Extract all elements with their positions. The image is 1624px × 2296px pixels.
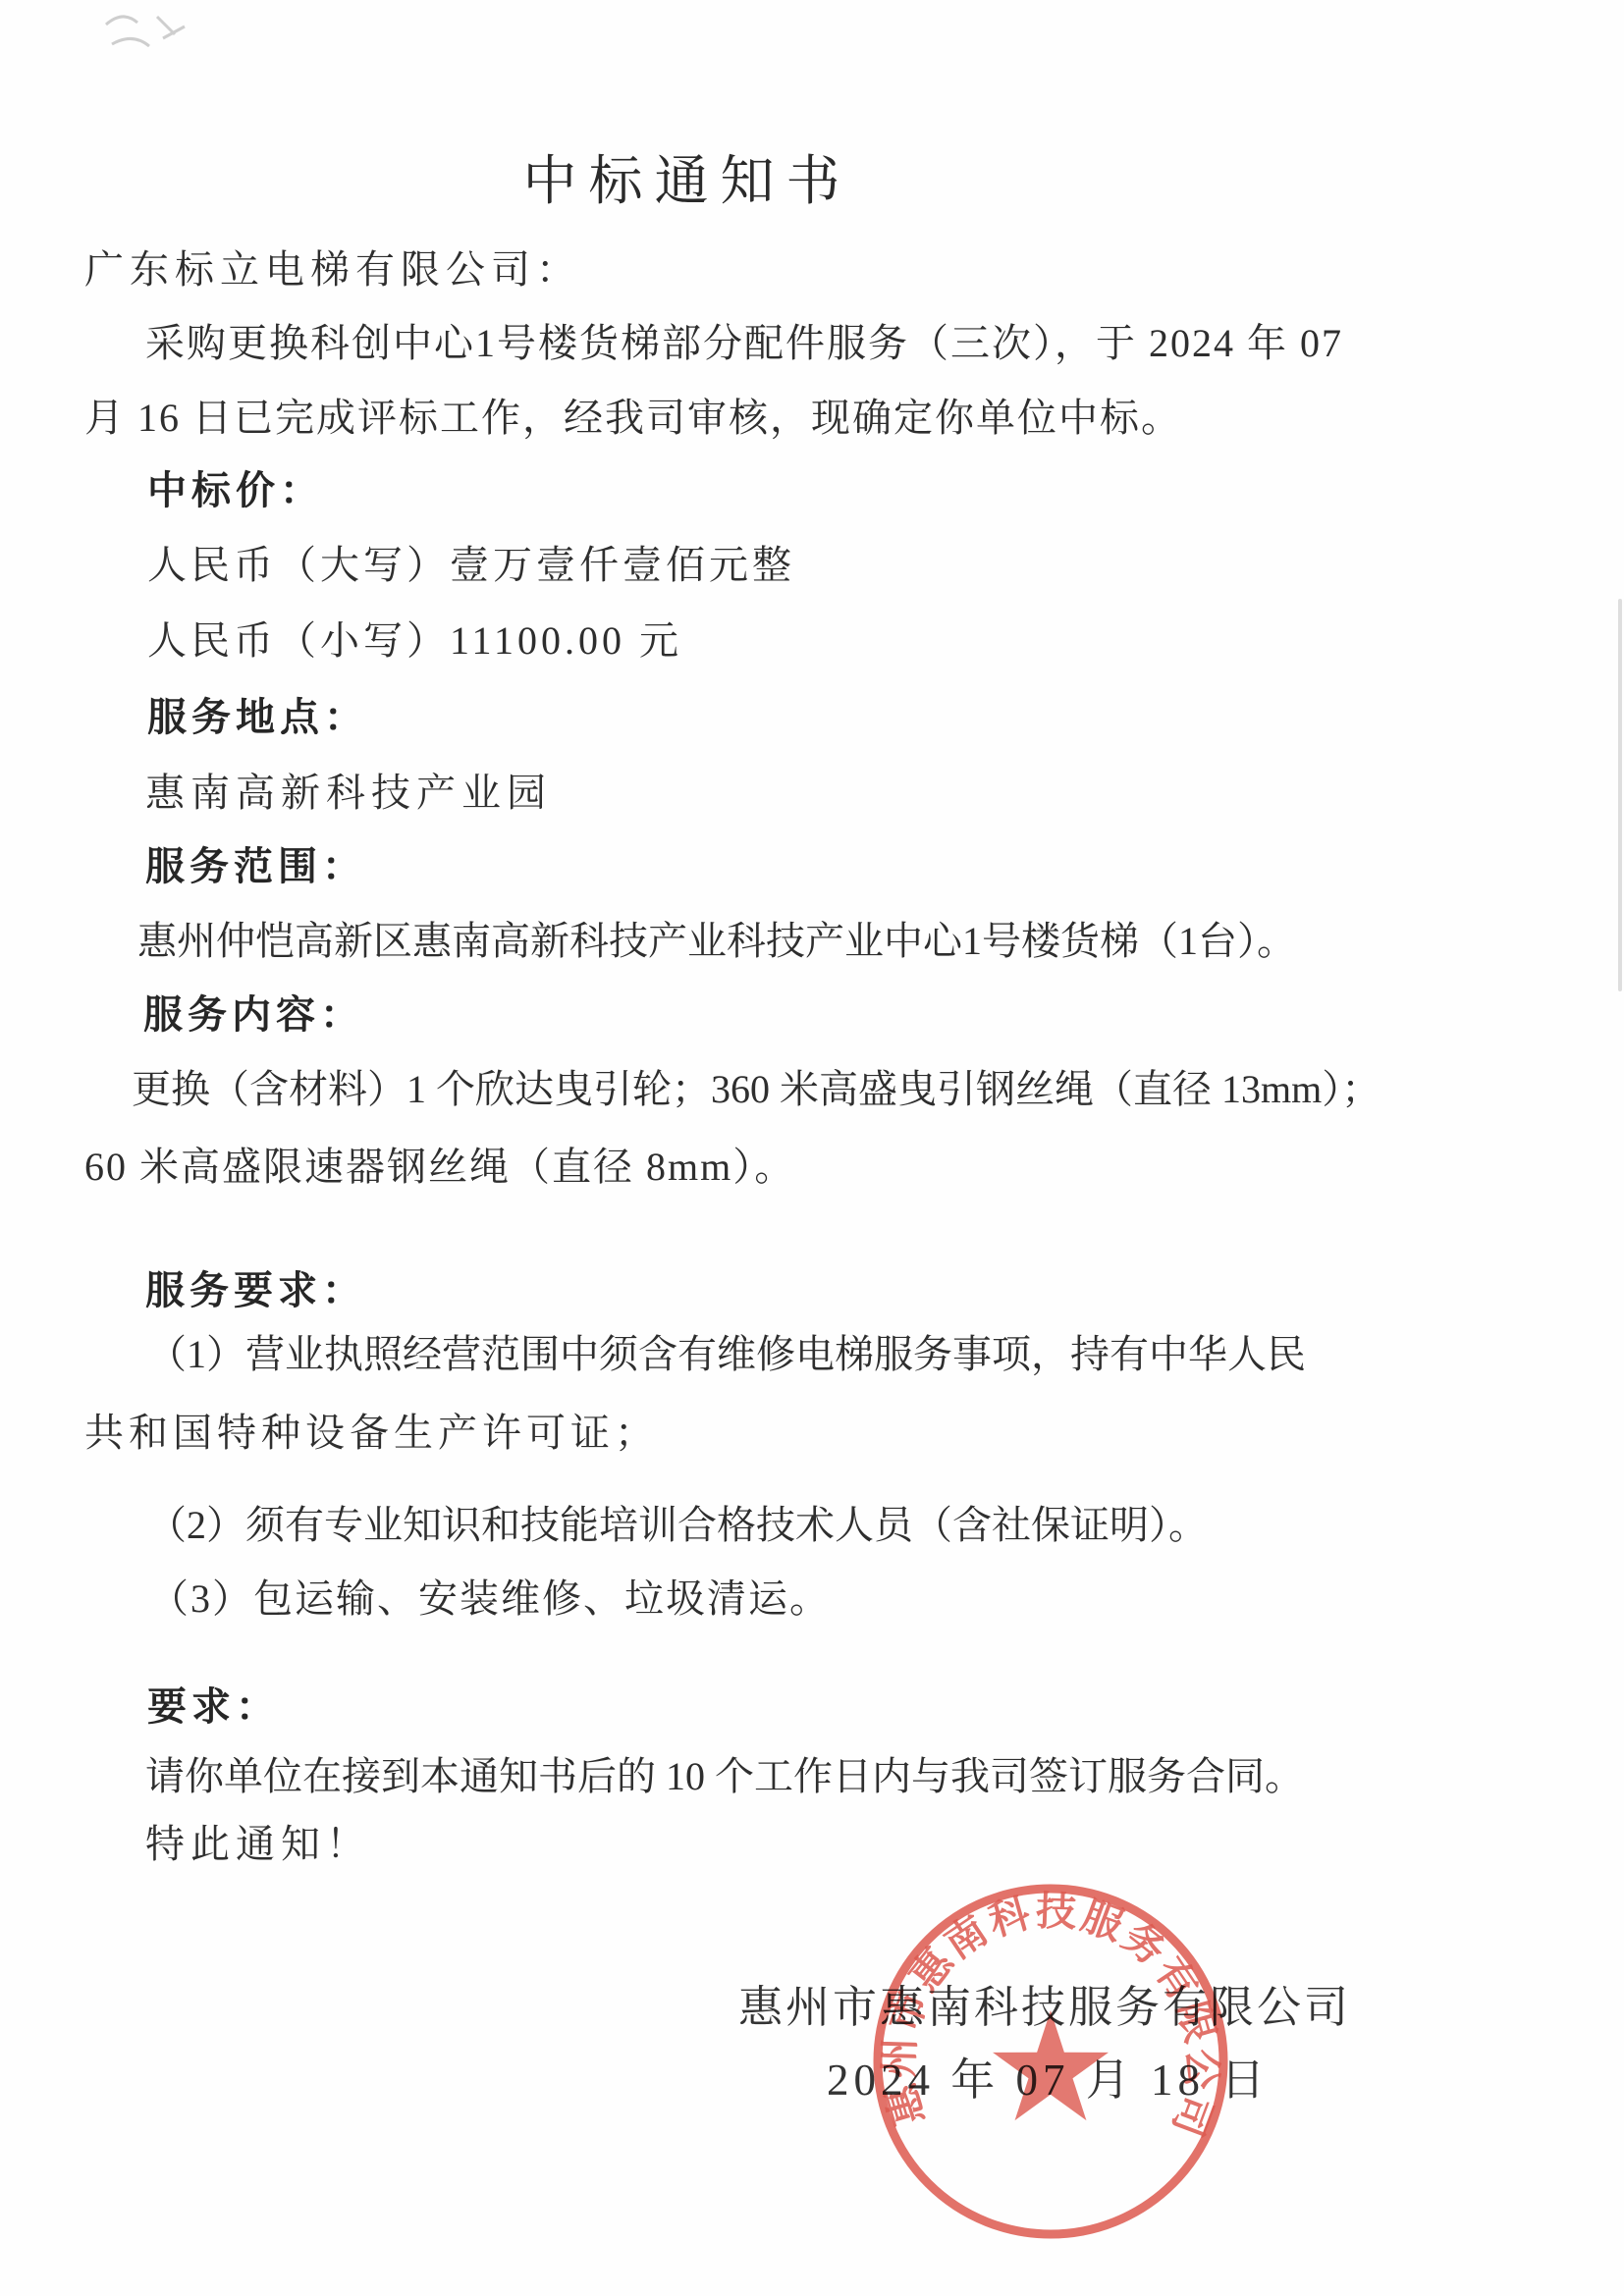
- recipient-line: 广东标立电梯有限公司：: [84, 239, 581, 294]
- service-content-label: 服务内容：: [143, 984, 364, 1040]
- final-requirement-label: 要求：: [147, 1676, 280, 1732]
- requirement-1-line-2: 共和国特种设备生产许可证；: [84, 1402, 659, 1458]
- closing-line: 特此通知！: [145, 1813, 371, 1869]
- award-price-label: 中标价：: [147, 459, 324, 515]
- amount-in-words: 人民币（大写）壹万壹仟壹佰元整: [147, 534, 795, 590]
- doc-title: 中标通知书: [0, 137, 1375, 215]
- scan-artifact: [1618, 599, 1622, 991]
- requirement-1-line-1: （1）营业执照经营范围中须含有维修电梯服务事项，持有中华人民: [147, 1323, 1306, 1379]
- amount-in-figures: 人民币（小写）11100.00 元: [147, 610, 682, 666]
- service-scope-value: 惠州仲恺高新区惠南高新科技产业科技产业中心1号楼货梯（1台）。: [137, 910, 1296, 966]
- service-location-label: 服务地点：: [147, 686, 368, 742]
- service-location-value: 惠南高新科技产业园: [145, 762, 552, 818]
- service-scope-label: 服务范围：: [145, 835, 366, 891]
- document-page: 中标通知书 广东标立电梯有限公司： 采购更换科创中心1号楼货梯部分配件服务（三次…: [0, 0, 1624, 2296]
- service-content-line-1: 更换（含材料）1 个欣达曳引轮；360 米高盛曳引钢丝绳（直径 13mm）；: [132, 1058, 1380, 1114]
- intro-line-2: 月 16 日已完成评标工作，经我司审核，现确定你单位中标。: [84, 387, 1182, 443]
- scan-artifact: [98, 5, 206, 74]
- requirement-3: （3）包运输、安装维修、垃圾清运。: [149, 1568, 831, 1624]
- company-seal-stamp: 惠州市惠南科技服务有限公司: [854, 1865, 1247, 2258]
- service-content-line-2: 60 米高盛限速器钢丝绳（直径 8mm）。: [84, 1136, 795, 1192]
- intro-line-1: 采购更换科创中心1号楼货梯部分配件服务（三次），于 2024 年 07: [145, 312, 1343, 368]
- service-requirements-label: 服务要求：: [145, 1259, 366, 1315]
- final-requirement-value: 请你单位在接到本通知书后的 10 个工作日内与我司签订服务合同。: [145, 1745, 1304, 1801]
- requirement-2: （2）须有专业知识和技能培训合格技术人员（含社保证明）。: [147, 1494, 1208, 1550]
- seal-star: [993, 2010, 1109, 2120]
